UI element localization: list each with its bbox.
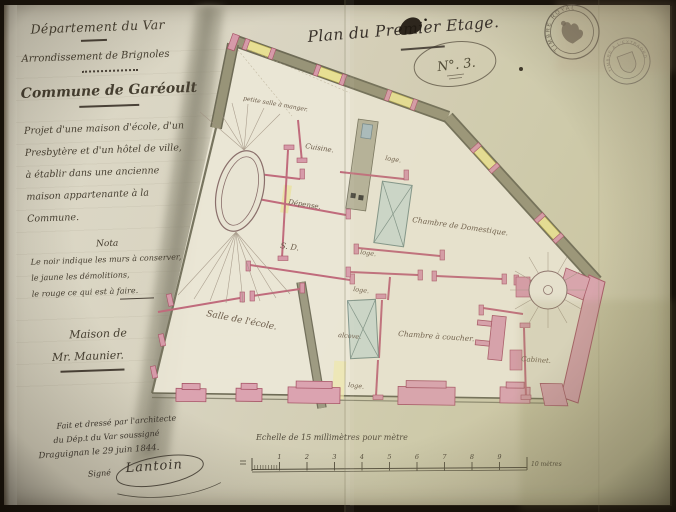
project-line-5: Commune. [27, 212, 79, 225]
footer-block: Fait et dressé par l'architecte du Dép.t… [26, 406, 232, 510]
nota-line-3: le rouge ce qui est à faire. [32, 286, 139, 299]
nota-line-2: le jaune les démolitions, [31, 270, 130, 282]
underline-commune [79, 104, 139, 108]
nota-title: Nota [96, 239, 119, 250]
project-line-3: à établir dans une ancienne [25, 165, 159, 181]
departement-line: Département du Var [30, 17, 165, 37]
scale-tick-1: 1 [277, 453, 281, 461]
header-block: Département du Var Arrondissement de Bri… [18, 6, 251, 403]
nota-line-1: Le noir indique les murs à conserver, [31, 252, 182, 266]
paper-folds-tints [344, 0, 676, 512]
project-line-1: Projet d'une maison d'école, d'un [24, 120, 184, 137]
underline-departement [81, 39, 107, 42]
arrondissement-line: Arrondissement de Brignoles [21, 49, 169, 65]
underline-owner [60, 369, 124, 373]
owner-line-2: Mr. Maunier. [52, 349, 124, 365]
project-line-4: maison appartenante à la [26, 188, 149, 203]
dots-rule [82, 66, 138, 73]
title-underline [401, 45, 445, 50]
scale-tick-2: 2 [304, 453, 309, 461]
footer-line-2: du Dép.t du Var soussigné [53, 429, 160, 445]
commune-line: Commune de Garéoult [21, 80, 198, 102]
signature-flourish [106, 443, 239, 502]
owner-line-1: Maison de [69, 326, 127, 341]
ink-blot-icon [392, 9, 434, 42]
scale-tick-3: 3 [332, 453, 336, 461]
project-line-2: Presbytère et d'un hôtel de ville, [25, 142, 182, 158]
underline-faire [120, 297, 154, 299]
